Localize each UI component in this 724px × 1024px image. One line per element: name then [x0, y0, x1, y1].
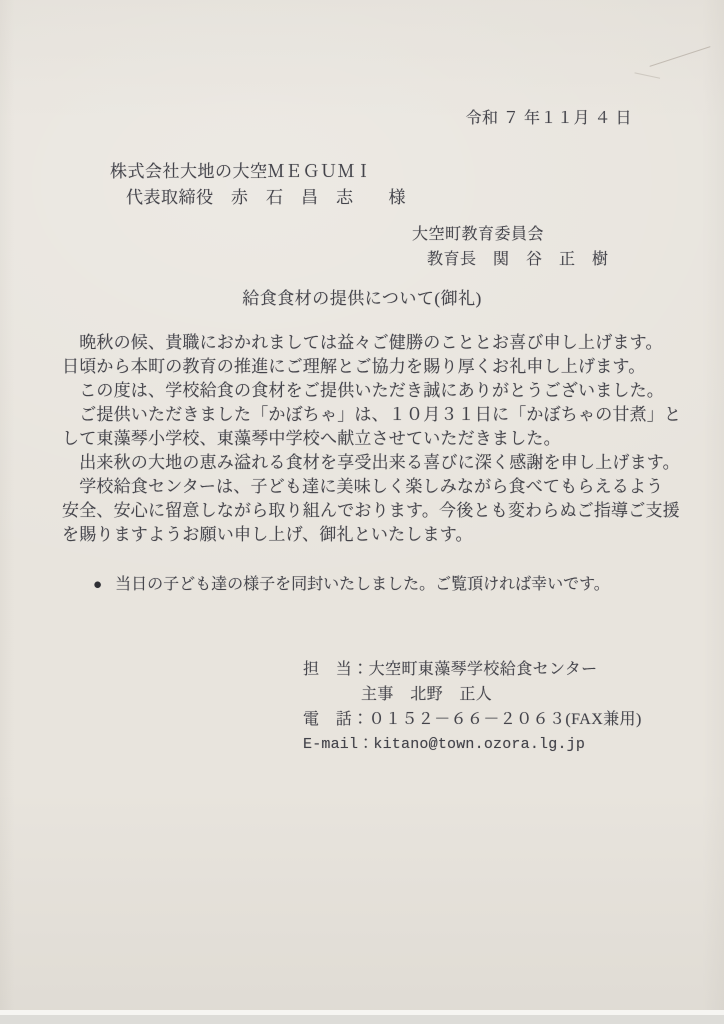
contact-charge: 担 当：大空町東藻琴学校給食センター [303, 657, 642, 682]
body-line: 学校給食センターは、子ども達に美味しく楽しみながら食べてもらえるよう [62, 475, 674, 499]
letter-subject: 給食食材の提供について(御礼) [0, 284, 724, 309]
sender-organization: 大空町教育委員会 [412, 221, 544, 244]
contact-person: 主事 北野 正人 [303, 682, 642, 707]
letter-body: 晩秋の候、貴職におかれましては益々ご健勝のこととお喜び申し上げます。 日頃から本… [62, 331, 674, 547]
body-line: を賜りますようお願い申し上げ、御礼といたします。 [62, 523, 674, 547]
body-line: 出来秋の大地の恵み溢れる食材を享受出来る喜びに深く感謝を申し上げます。 [62, 451, 674, 475]
body-line: この度は、学校給食の食材をご提供いただき誠にありがとうございました。 [62, 379, 674, 403]
body-line: ご提供いただきました「かぼちゃ」は、１０月３１日に「かぼちゃの甘煮」と [62, 403, 674, 427]
contact-phone: 電 話：０１５２－６６－２０６３(FAX兼用) [303, 707, 642, 732]
bullet-icon: ● [93, 577, 102, 593]
body-line: して東藻琴小学校、東藻琴中学校へ献立させていただきました。 [62, 427, 674, 451]
enclosure-note: ●当日の子ども達の様子を同封いたしました。ご覧頂ければ幸いです。 [93, 571, 610, 594]
sender-person: 教育長 関 谷 正 樹 [427, 246, 609, 269]
contact-block: 担 当：大空町東藻琴学校給食センター 主事 北野 正人 電 話：０１５２－６６－… [303, 657, 642, 757]
scan-edge-shadow [0, 1015, 724, 1024]
scanned-letter-page: 令和 ７ 年１１月 ４ 日 株式会社大地の大空ＭＥＧＵＭＩ 代表取締役 赤 石 … [0, 0, 724, 1024]
body-line: 安全、安心に留意しながら取り組んでおります。今後とも変わらぬご指導ご支援 [62, 499, 674, 523]
body-line: 晩秋の候、貴職におかれましては益々ご健勝のこととお喜び申し上げます。 [62, 331, 674, 355]
recipient-company: 株式会社大地の大空ＭＥＧＵＭＩ [110, 157, 373, 182]
letter-date: 令和 ７ 年１１月 ４ 日 [465, 105, 632, 128]
recipient-person: 代表取締役 赤 石 昌 志 様 [126, 183, 406, 208]
body-line: 日頃から本町の教育の推進にご理解とご協力を賜り厚くお礼申し上げます。 [62, 355, 674, 379]
enclosure-note-text: 当日の子ども達の様子を同封いたしました。ご覧頂ければ幸いです。 [115, 576, 610, 593]
contact-email: E-mail：kitano@town.ozora.lg.jp [303, 732, 642, 757]
